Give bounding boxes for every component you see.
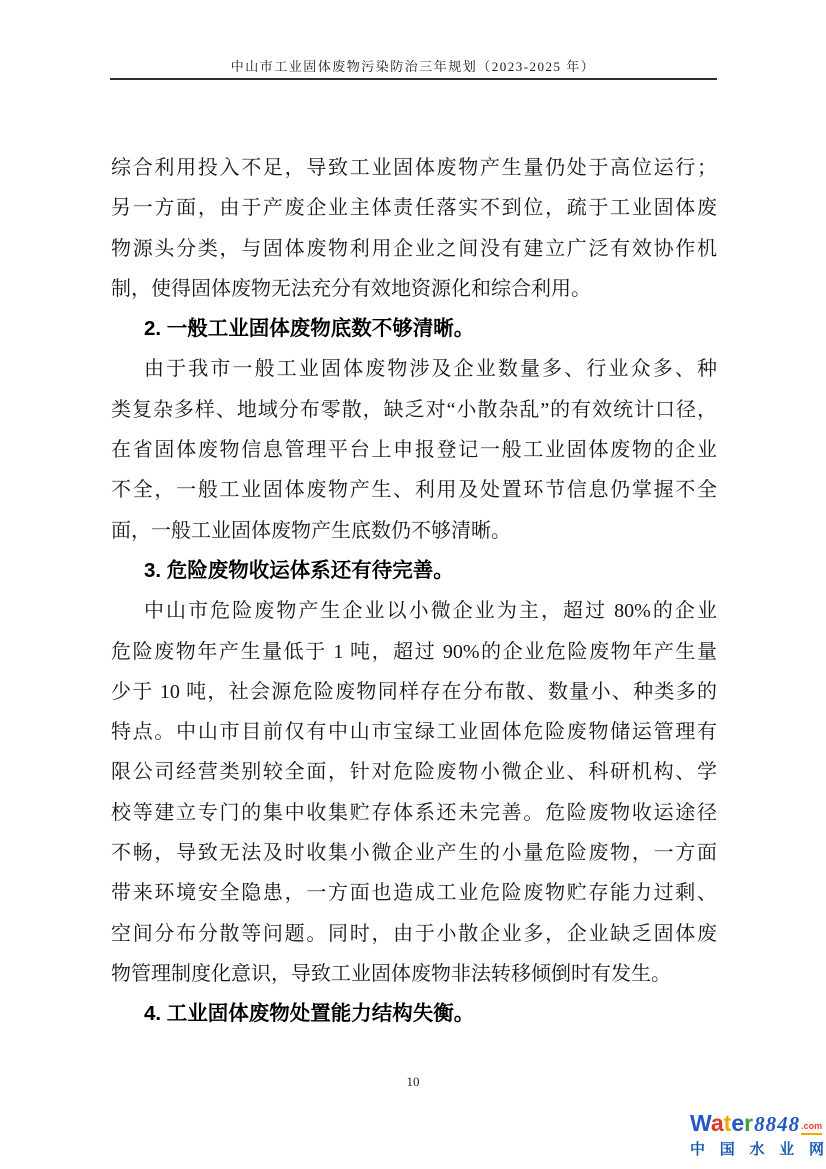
logo-wordmark: Water 8848 .com [690,1112,824,1135]
text-line: 中山市危险废物产生企业以小微企业为主，超过 80%的企业 [111,591,717,631]
logo-subtitle-char: 水 [749,1138,764,1159]
logo-subtitle-char: 业 [779,1138,794,1159]
text-line: 由于我市一般工业固体废物涉及企业数量多、行业众多、种 [111,349,717,389]
section-heading: 3. 危险废物收运体系还有待完善。 [111,551,717,591]
text-line: 面，一般工业固体废物产生底数仍不够清晰。 [111,511,717,551]
text-line: 少于 10 吨，社会源危险废物同样存在分布散、数量小、种类多的 [111,672,717,712]
logo-tld: .com [801,1122,822,1135]
logo-letter: e [731,1110,744,1136]
water8848-logo[interactable]: Water 8848 .com 中国水业网 [690,1112,824,1159]
text-line: 类复杂多样、地域分布零散，缺乏对“小散杂乱”的有效统计口径， [111,390,717,430]
logo-word-water: Water [690,1112,753,1135]
logo-subtitle-char: 国 [720,1138,735,1159]
text-line: 特点。中山市目前仅有中山市宝绿工业固体危险废物储运管理有 [111,712,717,752]
page-header-title: 中山市工业固体废物污染防治三年规划（2023-2025 年） [0,56,826,75]
text-line: 在省固体废物信息管理平台上申报登记一般工业固体废物的企业 [111,430,717,470]
section-heading: 4. 工业固体废物处置能力结构失衡。 [111,994,717,1034]
text-line: 校等建立专门的集中收集贮存体系还未完善。危险废物收运途径 [111,793,717,833]
text-line: 不全，一般工业固体废物产生、利用及处置环节信息仍掌握不全 [111,470,717,510]
text-line: 另一方面，由于产废企业主体责任落实不到位，疏于工业固体废 [111,188,717,228]
text-line: 物源头分类，与固体废物利用企业之间没有建立广泛有效协作机 [111,229,717,269]
document-content: 综合利用投入不足，导致工业固体废物产生量仍处于高位运行；另一方面，由于产废企业主… [111,148,717,1035]
logo-subtitle-char: 中 [690,1138,705,1159]
logo-letter: W [690,1110,711,1136]
logo-letter: a [711,1110,724,1136]
logo-subtitle-char: 网 [809,1138,824,1159]
header-rule [110,78,717,80]
logo-number: 8848 [754,1114,800,1135]
page-number: 10 [0,1074,826,1090]
text-line: 空间分布分散等问题。同时，由于小散企业多，企业缺乏固体废 [111,914,717,954]
section-heading: 2. 一般工业固体废物底数不够清晰。 [111,309,717,349]
text-line: 危险废物年产生量低于 1 吨，超过 90%的企业危险废物年产生量 [111,632,717,672]
document-page: 中山市工业固体废物污染防治三年规划（2023-2025 年） 综合利用投入不足，… [0,0,826,1169]
text-line: 带来环境安全隐患，一方面也造成工业危险废物贮存能力过剩、 [111,873,717,913]
text-line: 制，使得固体废物无法充分有效地资源化和综合利用。 [111,269,717,309]
text-line: 物管理制度化意识，导致工业固体废物非法转移倾倒时有发生。 [111,954,717,994]
text-line: 不畅，导致无法及时收集小微企业产生的小量危险废物，一方面 [111,833,717,873]
text-line: 综合利用投入不足，导致工业固体废物产生量仍处于高位运行； [111,148,717,188]
text-line: 限公司经营类别较全面，针对危险废物小微企业、科研机构、学 [111,752,717,792]
logo-letter: r [744,1110,753,1136]
logo-subtitle: 中国水业网 [690,1138,824,1159]
